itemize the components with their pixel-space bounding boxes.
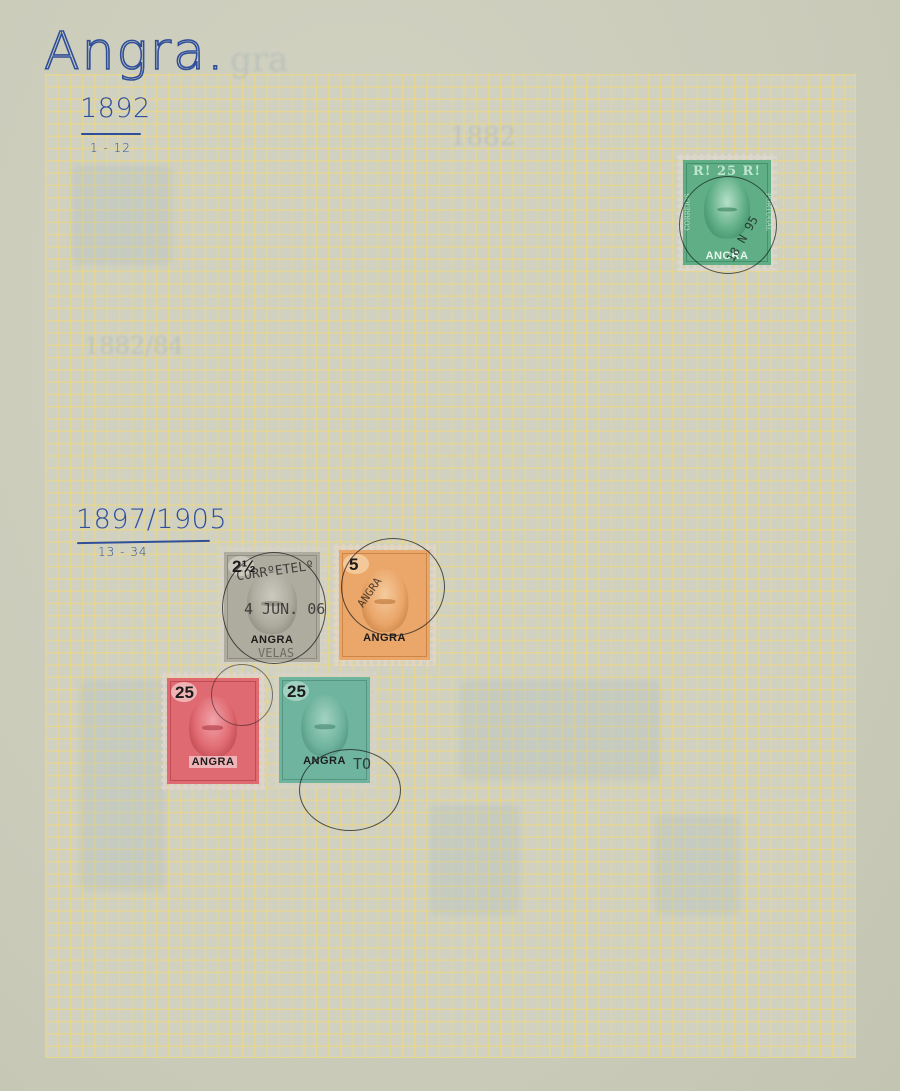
postmark-town-bottom: VELAS (258, 646, 294, 660)
section-year: 1897/1905 (76, 504, 227, 535)
show-through-text: gra (230, 40, 288, 80)
stamp-top-label: R! 25 R! (683, 164, 771, 179)
show-through-text: 1882 (450, 122, 516, 152)
show-through-mark (430, 805, 520, 915)
postmark-date: 4 JUN. 06 (244, 600, 325, 618)
stamp-denomination: 5 (349, 555, 358, 575)
stamp-overprint: ANGRA (339, 632, 430, 644)
stamp-25-carmine[interactable]: 25 ANGRA (161, 672, 265, 790)
section-year: 1892 (80, 93, 151, 124)
show-through-mark (80, 680, 165, 890)
stamp-overprint: ANGRA (224, 634, 320, 646)
stamp-overprint: ANGRA (189, 756, 237, 768)
portrait-icon (189, 696, 237, 757)
portrait-icon (301, 695, 348, 756)
stamp-denomination: 25 (175, 683, 194, 703)
section-range: 13 - 34 (98, 545, 148, 559)
section-range: 1 - 12 (90, 141, 131, 155)
stamp-side-label: PORTUGAL (764, 193, 771, 232)
stamp-2-half-grey[interactable]: 2½ ANGRA CORRºETELº 4 JUN. 06 VELAS (218, 546, 326, 668)
show-through-mark (460, 680, 660, 780)
show-through-text: 1882/84 (84, 332, 184, 360)
stamp-1892-25-reis[interactable]: R! 25 R! CORREIOS PORTUGAL ANGRA 18 N 95 (677, 154, 777, 271)
stamp-5-orange[interactable]: 5 ANGRA ANGRA (333, 544, 436, 666)
stamp-side-label: CORREIOS (684, 193, 692, 230)
show-through-mark (655, 815, 740, 915)
stamp-25-blue-green[interactable]: 25 ANGRA TO (273, 671, 376, 789)
show-through-mark (72, 165, 172, 265)
postmark-town: TO (353, 755, 371, 773)
page-title: Angra. (44, 22, 226, 82)
underline (81, 133, 141, 135)
stamp-denomination: 25 (287, 682, 306, 702)
